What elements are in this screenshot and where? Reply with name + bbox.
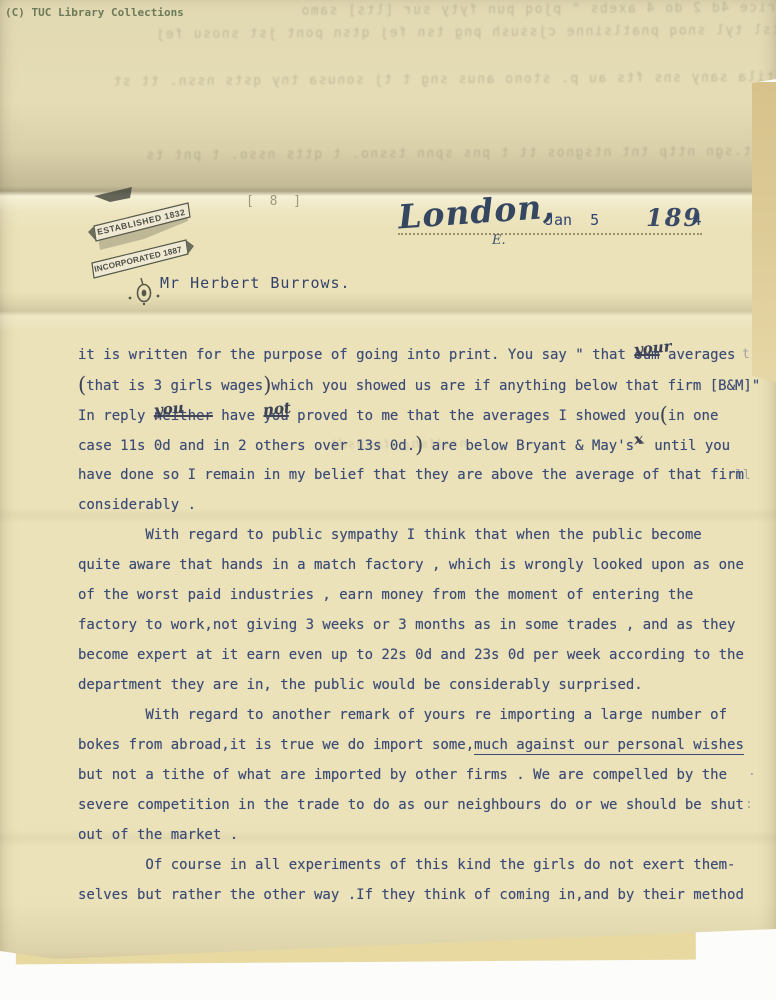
handwritten-insert: your — [633, 331, 673, 365]
typed-text: selves but rather the other way .If they… — [78, 887, 744, 903]
letter-line: quite aware that hands in a match factor… — [78, 550, 744, 580]
letter-line: With regard to another remark of yours r… — [78, 700, 727, 730]
letter-line: of the worst paid industries , earn mone… — [78, 580, 693, 610]
letter-line: but not a tithe of what are imported by … — [78, 760, 727, 790]
year-typed: 4 — [692, 210, 702, 229]
letter-line: With regard to public sympathy I think t… — [78, 520, 702, 550]
recipient-name: Mr Herbert Burrows. — [160, 274, 351, 292]
typed-text: factory to work,not giving 3 weeks or 3 … — [78, 617, 735, 633]
letter-paper: price 4d 2 do 4 axebs " pjoq pun fyty su… — [0, 0, 776, 1000]
letter-line: department they are in, the public would… — [78, 670, 643, 700]
typed-text: proved to me that the averages I showed … — [289, 408, 660, 424]
handwritten-caret: ^x — [634, 438, 646, 454]
struck-text: oumyour — [634, 347, 659, 363]
letter-line: become expert at it earn even up to 22s … — [78, 640, 744, 670]
letter-line: bokes from abroad,it is true we do impor… — [78, 730, 744, 760]
handwritten-insert: you — [152, 393, 185, 426]
letter-line: selves but rather the other way .If they… — [78, 880, 744, 910]
typed-text: it is written for the purpose of going i… — [78, 347, 634, 363]
typed-text: of the worst paid industries , earn mone… — [78, 587, 693, 603]
typed-text: With regard to another remark of yours r… — [78, 707, 727, 723]
letter-scan: price 4d 2 do 4 axebs " pjoq pun fyty su… — [0, 0, 776, 1000]
typed-text: considerably . — [78, 497, 196, 513]
stamp-ornament — [157, 295, 160, 298]
letter-line: case 11s 0d and in 2 others over 13s 0d.… — [78, 430, 730, 460]
watermark: (C) TUC Library Collections — [5, 6, 184, 19]
typed-text: are below Bryant & May's — [423, 438, 634, 454]
typed-text: With regard to public sympathy I think t… — [78, 527, 702, 543]
margin-mark: : — [745, 797, 753, 812]
typed-text: case 11s 0d and in 2 others over 13s 0d. — [78, 438, 415, 454]
handwritten-insert: not — [262, 393, 293, 426]
typed-text: In reply — [78, 408, 154, 424]
struck-text: younot — [263, 408, 288, 424]
handwritten-paren: ( — [78, 373, 86, 397]
typed-text: until you — [646, 438, 730, 454]
typed-text: department they are in, the public would… — [78, 677, 643, 693]
underlying-sheet-edge — [750, 82, 776, 382]
stamp-ornament — [129, 297, 132, 300]
typed-text: have — [213, 408, 264, 424]
typed-text: that is 3 girls wages — [86, 378, 263, 394]
letter-line: out of the market . — [78, 820, 238, 850]
margin-mark: . — [748, 764, 756, 779]
typed-text: out of the market . — [78, 827, 238, 843]
place-district: E. — [492, 233, 506, 248]
typed-text: become expert at it earn even up to 22s … — [78, 647, 744, 663]
typed-text: but not a tithe of what are imported by … — [78, 767, 727, 783]
letter-line: have done so I remain in my belief that … — [78, 460, 744, 490]
letter-line: considerably . — [78, 490, 196, 520]
letter-line: In reply neitheryou have younot proved t… — [78, 400, 718, 430]
typed-text: which you showed us are if anything belo… — [271, 378, 760, 394]
stamp-seal-center — [142, 290, 147, 297]
letter-line: Of course in all experiments of this kin… — [78, 850, 735, 880]
page-number: [ 8 ] — [246, 194, 305, 209]
stamp-ornament — [143, 303, 145, 305]
margin-mark: t — [742, 347, 750, 362]
letter-line: factory to work,not giving 3 weeks or 3 … — [78, 610, 735, 640]
underlined-text: much against our personal wishes — [474, 737, 744, 755]
typed-text: bokes from abroad,it is true we do impor… — [78, 737, 474, 753]
letter-line: severe competition in the trade to do as… — [78, 790, 744, 820]
typed-text: quite aware that hands in a match factor… — [78, 557, 744, 573]
typed-text: severe competition in the trade to do as… — [78, 797, 744, 813]
typed-text: Of course in all experiments of this kin… — [78, 857, 735, 873]
struck-text: neitheryou — [154, 408, 213, 424]
margin-mark: ll — [735, 468, 751, 483]
date-typed: Jan 5 — [545, 211, 599, 229]
typed-text: in one — [668, 408, 719, 424]
stamp-torn-scrap — [94, 187, 132, 202]
typed-text: have done so I remain in my belief that … — [78, 467, 744, 483]
handwritten-paren: ( — [660, 403, 668, 427]
letter-line: it is written for the purpose of going i… — [78, 340, 735, 370]
